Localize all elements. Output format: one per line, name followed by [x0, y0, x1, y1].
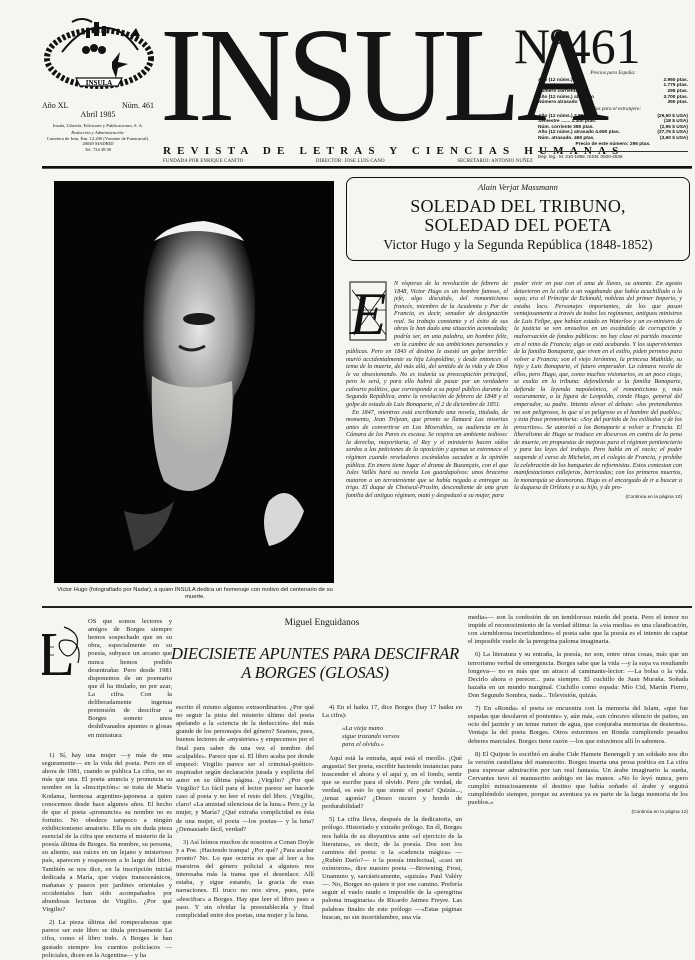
- this-issue-price: Precio de este número: 295 ptas.: [538, 142, 688, 148]
- masthead-credits: FUNDADA POR ENRIQUE CANITO DIRECTOR: JOS…: [163, 159, 533, 164]
- section-rule: [42, 606, 692, 609]
- number-value: 461: [566, 18, 641, 74]
- island-emblem-icon: INSULA: [42, 12, 156, 102]
- volume-year: Año XL: [42, 102, 68, 110]
- article2-paragraph: 6) La literatura y su entraña, la poesía…: [468, 651, 688, 700]
- price-table: Precios para España: Año (12 núms.)2.950…: [538, 70, 688, 159]
- prices-spain-heading: Precios para España:: [538, 71, 688, 77]
- article1-continued-link[interactable]: (Continúa en la página 10): [514, 495, 682, 501]
- article2-paragraph: 2) La pieza última del rompecabezas que …: [42, 919, 172, 960]
- article1-column2: poder vivir en paz con el ama de llaves,…: [514, 280, 682, 501]
- insula-logo: INSULA: [42, 12, 156, 102]
- price-row: Núm. atrasado. 465 ptas.(3,60 $ USA): [538, 136, 688, 142]
- article1-paragraph: poder vivir en paz con el ama de llaves,…: [514, 280, 682, 492]
- article2-title-line1: DIECISIETE APUNTES PARA DESCIFRAR: [160, 645, 470, 664]
- article2-column2: escrito él mismo algunos extraordinarios…: [176, 704, 314, 925]
- legal-deposit: Dep. leg.: M. 210-1958. ISSN: 0020-4536: [538, 151, 688, 159]
- haiku-line: sigue trazando versos: [342, 733, 462, 741]
- haiku-line: para el olvido.»: [342, 741, 462, 749]
- director: DIRECTOR: JOSE LUIS CANO: [316, 159, 385, 164]
- issue-number-large: Nº461: [514, 21, 641, 71]
- phone: Tel. 734 38 00: [85, 147, 111, 152]
- article1-title-line2: SOLEDAD DEL POETA: [347, 216, 689, 235]
- article2-paragraph: 4) En el haiku 17, dice Borges (hay 17 h…: [322, 704, 462, 720]
- article2-column4: media»— son la confesión de un tembloros…: [468, 614, 688, 816]
- secretary: SECRETARIO: ANTONIO NUÑEZ: [457, 159, 533, 164]
- article2-paragraph: 1) Sí, hay una mujer —y más de una segur…: [42, 752, 172, 914]
- office-label: Redacción y Administración:: [71, 130, 125, 135]
- haiku-line: «La vieja mano: [342, 725, 462, 733]
- masthead-subtitle: REVISTA DE LETRAS Y CIENCIAS HUMANAS: [163, 145, 535, 157]
- article1-title-line1: SOLEDAD DEL TRIBUNO,: [347, 197, 689, 216]
- article2-paragraph: Aquí está la entraña, aquí está el meoll…: [322, 755, 462, 812]
- svg-text:INSULA: INSULA: [86, 79, 112, 87]
- article2-paragraph: 5) La cifra lleva, después de la dedicat…: [322, 816, 462, 921]
- portrait-image: [54, 181, 334, 583]
- article2-paragraph: media»— son la confesión de un tembloros…: [468, 614, 688, 646]
- haiku-quote: «La vieja mano sigue trazando versos par…: [342, 725, 462, 749]
- article2-title-line2: A BORGES (GLOSAS): [160, 664, 470, 683]
- article2-headline: DIECISIETE APUNTES PARA DESCIFRAR A BORG…: [160, 645, 470, 683]
- founder: FUNDADA POR ENRIQUE CANITO: [163, 159, 243, 164]
- article2-paragraph: 7) En «Ronda» el poeta se encuentra con …: [468, 705, 688, 746]
- article2-column1-lower: 1) Sí, hay una mujer —y más de una segur…: [42, 752, 172, 960]
- address: Carretera de Irún, Km. 12,200 (Variante …: [47, 136, 149, 147]
- issue-info: Año XL Núm. 461 Abril 1985 Insula, Libre…: [42, 102, 154, 154]
- price-row: Número atrasado350 ptas.: [538, 100, 688, 106]
- article1-paragraph: En 1847, mientras está escribiendo una n…: [346, 409, 508, 500]
- svg-text:E: E: [349, 281, 387, 342]
- article2-author: Miguel Enguidanos: [182, 618, 462, 628]
- photo-caption: Victor Hugo (fotografiado por Nadar), a …: [54, 587, 336, 601]
- article1-author: Alain Verjat Massmann: [347, 182, 689, 192]
- publisher: Insula, Librería, Ediciones y Publicacio…: [42, 123, 154, 129]
- issue-date: Abril 1985: [42, 111, 154, 119]
- article1-subtitle: Victor Hugo y la Segunda República (1848…: [347, 237, 689, 253]
- dropcap-e-icon: E: [346, 280, 390, 342]
- issue-number: Núm. 461: [122, 102, 154, 110]
- article2-paragraph: 3) Así leímos muchos de nosotros a Conan…: [176, 839, 314, 920]
- article1-column1: E N vísperas de la revolución de febrero…: [346, 280, 508, 499]
- article2-paragraph: 8) El Quijote lo escribió en árabe Cide …: [468, 751, 688, 808]
- article2-column1: OS que somos lectores y amigos de Borges…: [42, 618, 172, 740]
- masthead-rule: [42, 166, 692, 169]
- article2-column3: 4) En el haiku 17, dice Borges (hay 17 h…: [322, 704, 462, 927]
- article1-header-box: Alain Verjat Massmann SOLEDAD DEL TRIBUN…: [346, 177, 690, 261]
- victor-hugo-photo: [54, 181, 334, 583]
- number-sign: Nº: [514, 18, 566, 74]
- article2-continued-link[interactable]: (Continúa en la página 12): [468, 810, 688, 816]
- article2-paragraph: escrito él mismo algunos extraordinarios…: [176, 704, 314, 834]
- prices-abroad-heading: Precios para el extranjero:: [538, 107, 688, 113]
